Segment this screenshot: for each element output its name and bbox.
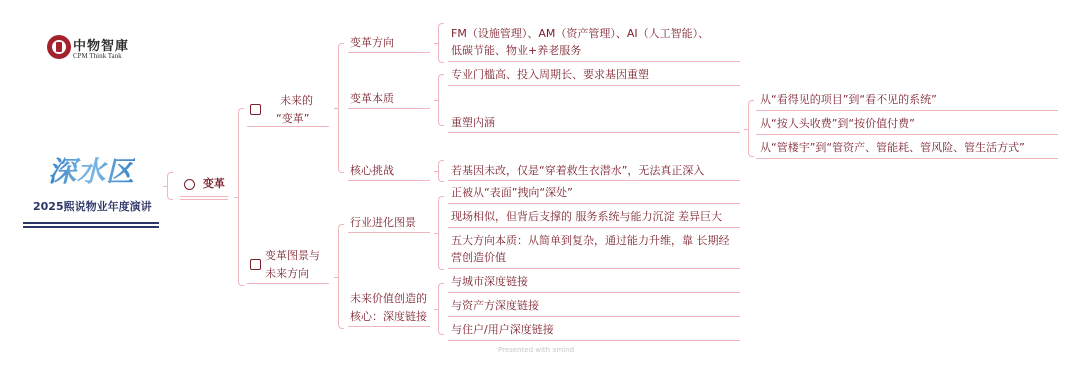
leaf-item[interactable]: 现场相似，但背后支撑的 服务系统与能力沉淀 差异巨大: [451, 208, 722, 226]
branch-label: 未来方向: [265, 265, 320, 283]
underline: [180, 199, 228, 200]
leaf-item[interactable]: 专业门槛高、投入周期长、要求基因重塑: [451, 66, 649, 84]
root-label: 变革: [203, 177, 225, 190]
root-node[interactable]: 变革: [184, 175, 225, 193]
underline: [348, 232, 430, 233]
brace: [438, 283, 444, 335]
sub-leaf-item[interactable]: 从“管楼宇”到“管资产、管能耗、管风险、管生活方式”: [760, 139, 1025, 157]
underline: [448, 85, 740, 86]
underline: [247, 126, 329, 127]
node-label: 核心：深度链接: [350, 308, 427, 326]
node-change-essence[interactable]: 变革本质: [350, 90, 394, 108]
leaf-item[interactable]: 低碳节能、物业+养老服务: [451, 42, 581, 60]
underline: [448, 292, 740, 293]
brace: [438, 74, 444, 126]
node-change-direction[interactable]: 变革方向: [350, 34, 394, 52]
branch-label: 未来的: [280, 92, 313, 110]
branch-node-future-change[interactable]: 未来的 “变革”: [250, 92, 313, 128]
brace: [438, 160, 444, 182]
program-title: 深水区: [48, 150, 135, 190]
watermark: Presented with xmind: [498, 346, 574, 354]
node-future-value-core[interactable]: 未来价值创造的 核心：深度链接: [350, 290, 427, 326]
underline: [448, 268, 740, 269]
brace: [338, 43, 344, 173]
leaf-item[interactable]: 与城市深度链接: [451, 273, 528, 291]
brace: [167, 172, 173, 200]
logo-icon: [47, 35, 71, 59]
underline: [756, 158, 1058, 159]
title-divider: [23, 222, 159, 224]
sub-leaf-item[interactable]: 从“看得见的项目”到“看不见的系统”: [760, 91, 937, 109]
leaf-item[interactable]: 正被从“表面”拽向“深处”: [451, 184, 573, 202]
branch-node-change-vision[interactable]: 变革图景与 未来方向: [250, 247, 320, 283]
square-icon: [250, 259, 261, 270]
leaf-item-reshape[interactable]: 重塑内涵: [451, 114, 495, 132]
leaf-item[interactable]: 与资产方深度链接: [451, 297, 539, 315]
underline: [448, 340, 740, 341]
brace: [438, 23, 444, 63]
underline: [448, 227, 740, 228]
underline: [448, 132, 740, 133]
circle-icon: [184, 179, 195, 190]
node-industry-evolution[interactable]: 行业进化图景: [350, 214, 416, 232]
square-icon: [250, 104, 261, 115]
underline: [756, 110, 1058, 111]
underline: [348, 180, 430, 181]
underline: [348, 108, 430, 109]
underline: [756, 134, 1058, 135]
logo-en-text: CPM Think Tank: [73, 52, 122, 60]
leaf-item[interactable]: 与住户/用户深度链接: [451, 321, 554, 339]
underline: [348, 52, 430, 53]
underline: [448, 316, 740, 317]
sub-leaf-item[interactable]: 从“按人头收费”到“按价值付费”: [760, 115, 915, 133]
leaf-item[interactable]: FM（设施管理）、AM（资产管理）、AI（人工智能）、: [451, 25, 709, 43]
underline: [448, 180, 740, 181]
underline: [448, 61, 740, 62]
underline: [448, 203, 740, 204]
leaf-item[interactable]: 若基因未改，仅是“穿着救生衣潜水”，无法真正深入: [451, 162, 704, 180]
brace: [438, 196, 444, 270]
underline: [247, 283, 329, 284]
title-divider: [23, 226, 159, 228]
event-title: 2025熙说物业年度演讲: [33, 198, 152, 214]
leaf-item[interactable]: 五大方向本质：从简单到复杂，通过能力升维，靠 长期经: [451, 232, 730, 250]
brace: [748, 100, 754, 157]
brace: [238, 108, 244, 286]
underline: [180, 196, 228, 197]
leaf-item-cont: 营创造价值: [451, 249, 506, 267]
underline: [348, 326, 430, 327]
branch-label: 变革图景与: [265, 247, 320, 265]
node-core-challenge[interactable]: 核心挑战: [350, 162, 394, 180]
node-label: 未来价值创造的: [350, 290, 427, 308]
brace: [338, 224, 344, 329]
